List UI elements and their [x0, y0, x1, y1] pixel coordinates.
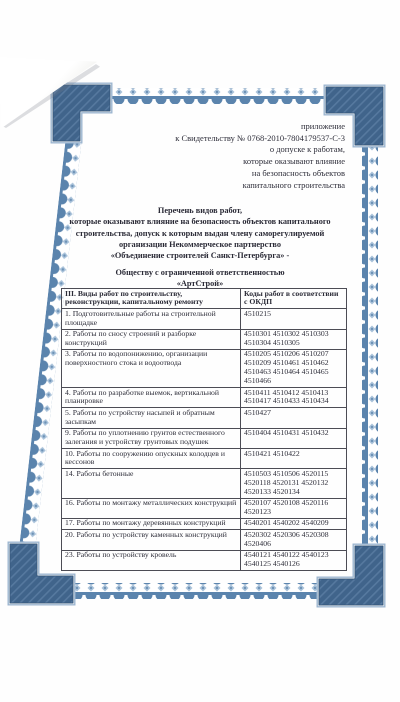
ref-line: капитального строительства — [175, 180, 345, 192]
work-codes: 4520107 4520108 4520116 4520123 — [241, 498, 347, 518]
org-line: Обществу с ограниченной ответственностью — [0, 267, 400, 278]
header-work-codes: Коды работ в соответствии с ОКДП — [241, 289, 347, 309]
title-line: строительства, допуск к которым выдан чл… — [0, 228, 400, 239]
certificate-reference-block: приложение к Свидетельству № 0768-2010-7… — [175, 121, 345, 191]
work-codes: 4540201 4540202 4540209 — [241, 518, 347, 529]
title-line: которые оказывают влияние на безопасност… — [0, 216, 400, 227]
ref-line: к Свидетельству № 0768-2010-7804179537-С… — [175, 133, 345, 145]
header-work-types: III. Виды работ по строительству, реконс… — [62, 289, 241, 309]
scanned-certificate-page: приложение к Свидетельству № 0768-2010-7… — [0, 0, 400, 702]
table-row: 16. Работы по монтажу металлических конс… — [62, 498, 347, 518]
work-label: 16. Работы по монтажу металлических конс… — [62, 498, 241, 518]
table-row: 10. Работы по сооружению опускных колодц… — [62, 449, 347, 469]
work-label: 17. Работы по монтажу деревянных констру… — [62, 518, 241, 529]
work-codes: 4510215 — [241, 309, 347, 329]
table-row: 1. Подготовительные работы на строительн… — [62, 309, 347, 329]
work-codes: 4510404 4510431 4510432 — [241, 428, 347, 448]
work-codes: 4510205 4510206 4510207 4510209 4510461 … — [241, 349, 347, 387]
work-codes: 4520302 4520306 4520308 4520406 — [241, 530, 347, 550]
table-row: 14. Работы бетонные 4510503 4510506 4520… — [62, 469, 347, 498]
table-row: 2. Работы по сносу строений и разборке к… — [62, 329, 347, 349]
ref-line: о допуске к работам, — [175, 144, 345, 156]
title-line: Перечень видов работ, — [0, 205, 400, 216]
work-label: 23. Работы по устройству кровель — [62, 550, 241, 570]
border-band-top — [57, 88, 383, 104]
table-row: 5. Работы по устройству насыпей и обратн… — [62, 408, 347, 428]
table-row: 4. Работы по разработке выемок, вертикал… — [62, 388, 347, 408]
table-row: 17. Работы по монтажу деревянных констру… — [62, 518, 347, 529]
works-table: III. Виды работ по строительству, реконс… — [61, 288, 347, 571]
works-table-container: III. Виды работ по строительству, реконс… — [61, 288, 346, 571]
corner-ornament-top-left — [53, 85, 110, 141]
ref-line: приложение — [175, 121, 345, 133]
organization-name-block: Обществу с ограниченной ответственностью… — [0, 267, 400, 290]
work-label: 2. Работы по сносу строений и разборке к… — [62, 329, 241, 349]
work-label: 1. Подготовительные работы на строительн… — [62, 309, 241, 329]
work-label: 20. Работы по устройству каменных констр… — [62, 530, 241, 550]
work-label: 10. Работы по сооружению опускных колодц… — [62, 449, 241, 469]
ref-line: на безопасность объектов — [175, 168, 345, 180]
work-codes: 4510427 — [241, 408, 347, 428]
table-row: 9. Работы по уплотнению грунтов естестве… — [62, 428, 347, 448]
work-label: 4. Работы по разработке выемок, вертикал… — [62, 388, 241, 408]
work-codes: 4510301 4510302 4510303 4510304 4510305 — [241, 329, 347, 349]
table-row: 3. Работы по водопонижению, организации … — [62, 349, 347, 387]
work-label: 9. Работы по уплотнению грунтов естестве… — [62, 428, 241, 448]
work-codes: 4510503 4510506 4520115 4520118 4520131 … — [241, 469, 347, 498]
title-line: «Объединение строителей Санкт-Петербурга… — [0, 250, 400, 261]
folded-page-corner — [0, 55, 100, 130]
table-header-row: III. Виды работ по строительству, реконс… — [62, 289, 347, 309]
work-codes: 4540121 4540122 4540123 4540125 4540126 — [241, 550, 347, 570]
border-band-bottom — [68, 583, 322, 599]
work-codes: 4510411 4510412 4510413 4510417 4510433 … — [241, 388, 347, 408]
border-band-right — [362, 102, 378, 552]
title-line: организации Некоммерческое партнерство — [0, 239, 400, 250]
table-row: 23. Работы по устройству кровель 4540121… — [62, 550, 347, 570]
document-title: Перечень видов работ, которые оказывают … — [0, 205, 400, 261]
work-label: 5. Работы по устройству насыпей и обратн… — [62, 408, 241, 428]
work-label: 14. Работы бетонные — [62, 469, 241, 498]
ref-line: которые оказывают влияние — [175, 156, 345, 168]
work-codes: 4510421 4510422 — [241, 449, 347, 469]
table-row: 20. Работы по устройству каменных констр… — [62, 530, 347, 550]
work-label: 3. Работы по водопонижению, организации … — [62, 349, 241, 387]
